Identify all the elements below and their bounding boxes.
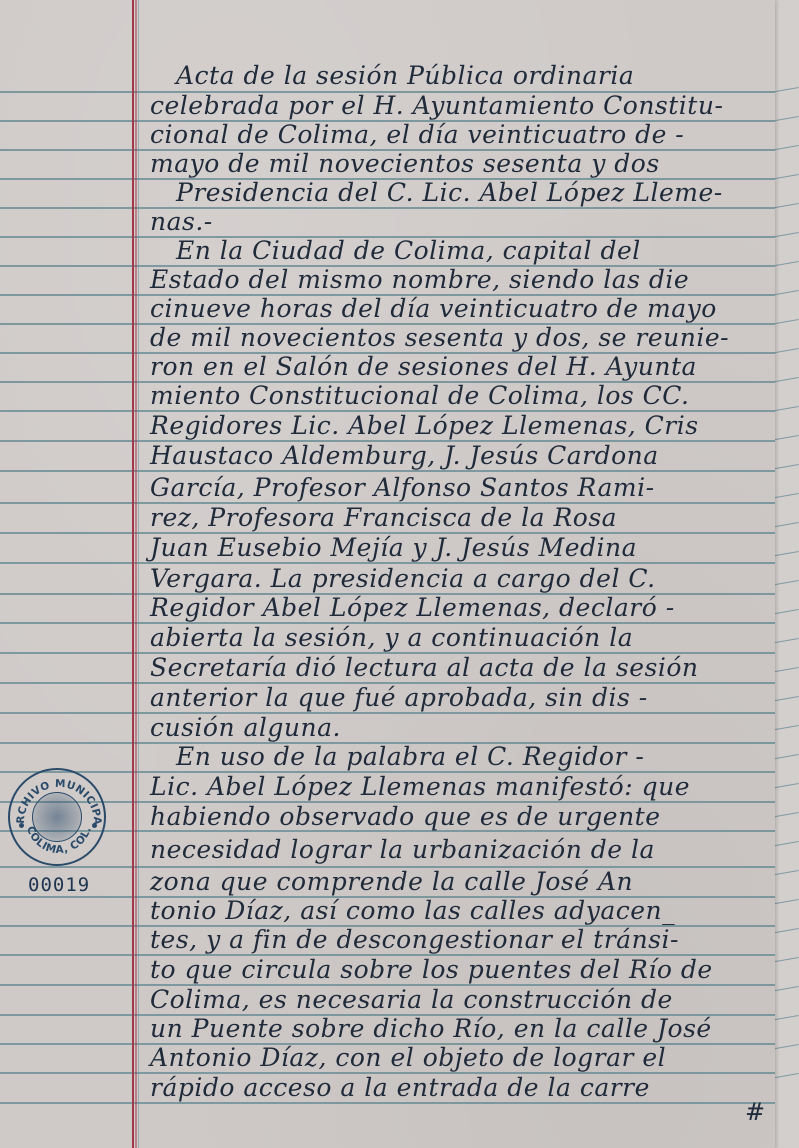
handwritten-line: Regidor Abel López Llemenas, declaró - [150,594,775,622]
handwritten-line: cusión alguna. [150,714,775,742]
archive-page-number: 00019 [28,874,90,896]
coat-of-arms-icon [32,792,82,842]
handwritten-line: Antonio Díaz, con el objeto de lograr el [150,1044,775,1072]
margin-line [135,0,137,1148]
handwritten-line: anterior la que fué aprobada, sin dis - [150,684,775,712]
handwritten-line: Secretaría dió lectura al acta de la ses… [150,654,775,682]
handwritten-line: ron en el Salón de sesiones del H. Ayunt… [150,353,775,381]
handwritten-line: necesidad lograr la urbanización de la [150,836,775,864]
margin-line [132,0,134,1148]
handwritten-line: cinueve horas del día veinticuatro de ma… [150,295,775,323]
stamp-star-icon [92,823,97,828]
handwritten-line: zona que comprende la calle José An [150,868,775,896]
archive-stamp: ARCHIVO MUNICIPAL COLIMA, COL. [8,768,106,866]
rule-line [0,470,775,472]
handwritten-line: tes, y a fin de descongestionar el tráns… [150,926,775,954]
handwritten-line: Presidencia del C. Lic. Abel López Lleme… [176,179,799,207]
handwritten-line: rez, Profesora Francisca de la Rosa [150,504,775,532]
handwritten-line: habiendo observado que es de urgente [150,803,775,831]
handwritten-line: Estado del mismo nombre, siendo las die [150,266,775,294]
handwritten-line: Vergara. La presidencia a cargo del C. [150,565,775,593]
handwritten-line: abierta la sesión, y a continuación la [150,624,775,652]
handwritten-line: Acta de la sesión Pública ordinaria [176,62,799,90]
handwritten-line: Regidores Lic. Abel López Llemenas, Cris [150,412,775,440]
handwritten-line: cional de Colima, el día veinticuatro de… [150,121,775,149]
handwritten-line: celebrada por el H. Ayuntamiento Constit… [150,92,775,120]
handwritten-line: mayo de mil novecientos sesenta y dos [150,150,775,178]
handwritten-line: En uso de la palabra el C. Regidor - [176,743,799,771]
end-mark: # [745,1098,765,1126]
handwritten-line: un Puente sobre dicho Río, en la calle J… [150,1015,775,1043]
handwritten-line: tonio Díaz, así como las calles adyacen_ [150,897,775,925]
handwritten-line: miento Constitucional de Colima, los CC. [150,382,775,410]
handwritten-line: de mil novecientos sesenta y dos, se reu… [150,324,775,352]
rule-line [0,1102,775,1104]
handwritten-line: nas.- [150,208,775,236]
margin-line-blue [138,0,139,1148]
handwritten-line: to que circula sobre los puentes del Río… [150,956,775,984]
handwritten-line: En la Ciudad de Colima, capital del [176,237,799,265]
handwritten-line: rápido acceso a la entrada de la carre [150,1074,775,1102]
handwritten-line: Lic. Abel López Llemenas manifestó: que [150,773,775,801]
handwritten-line: Haustaco Aldemburg, J. Jesús Cardona [150,442,775,470]
handwritten-line: Juan Eusebio Mejía y J. Jesús Medina [150,534,775,562]
handwritten-line: García, Profesor Alfonso Santos Rami- [150,474,775,502]
stamp-star-icon [19,823,24,828]
ledger-page: Acta de la sesión Pública ordinaria cele… [0,0,775,1148]
handwritten-line: Colima, es necesaria la construcción de [150,986,775,1014]
